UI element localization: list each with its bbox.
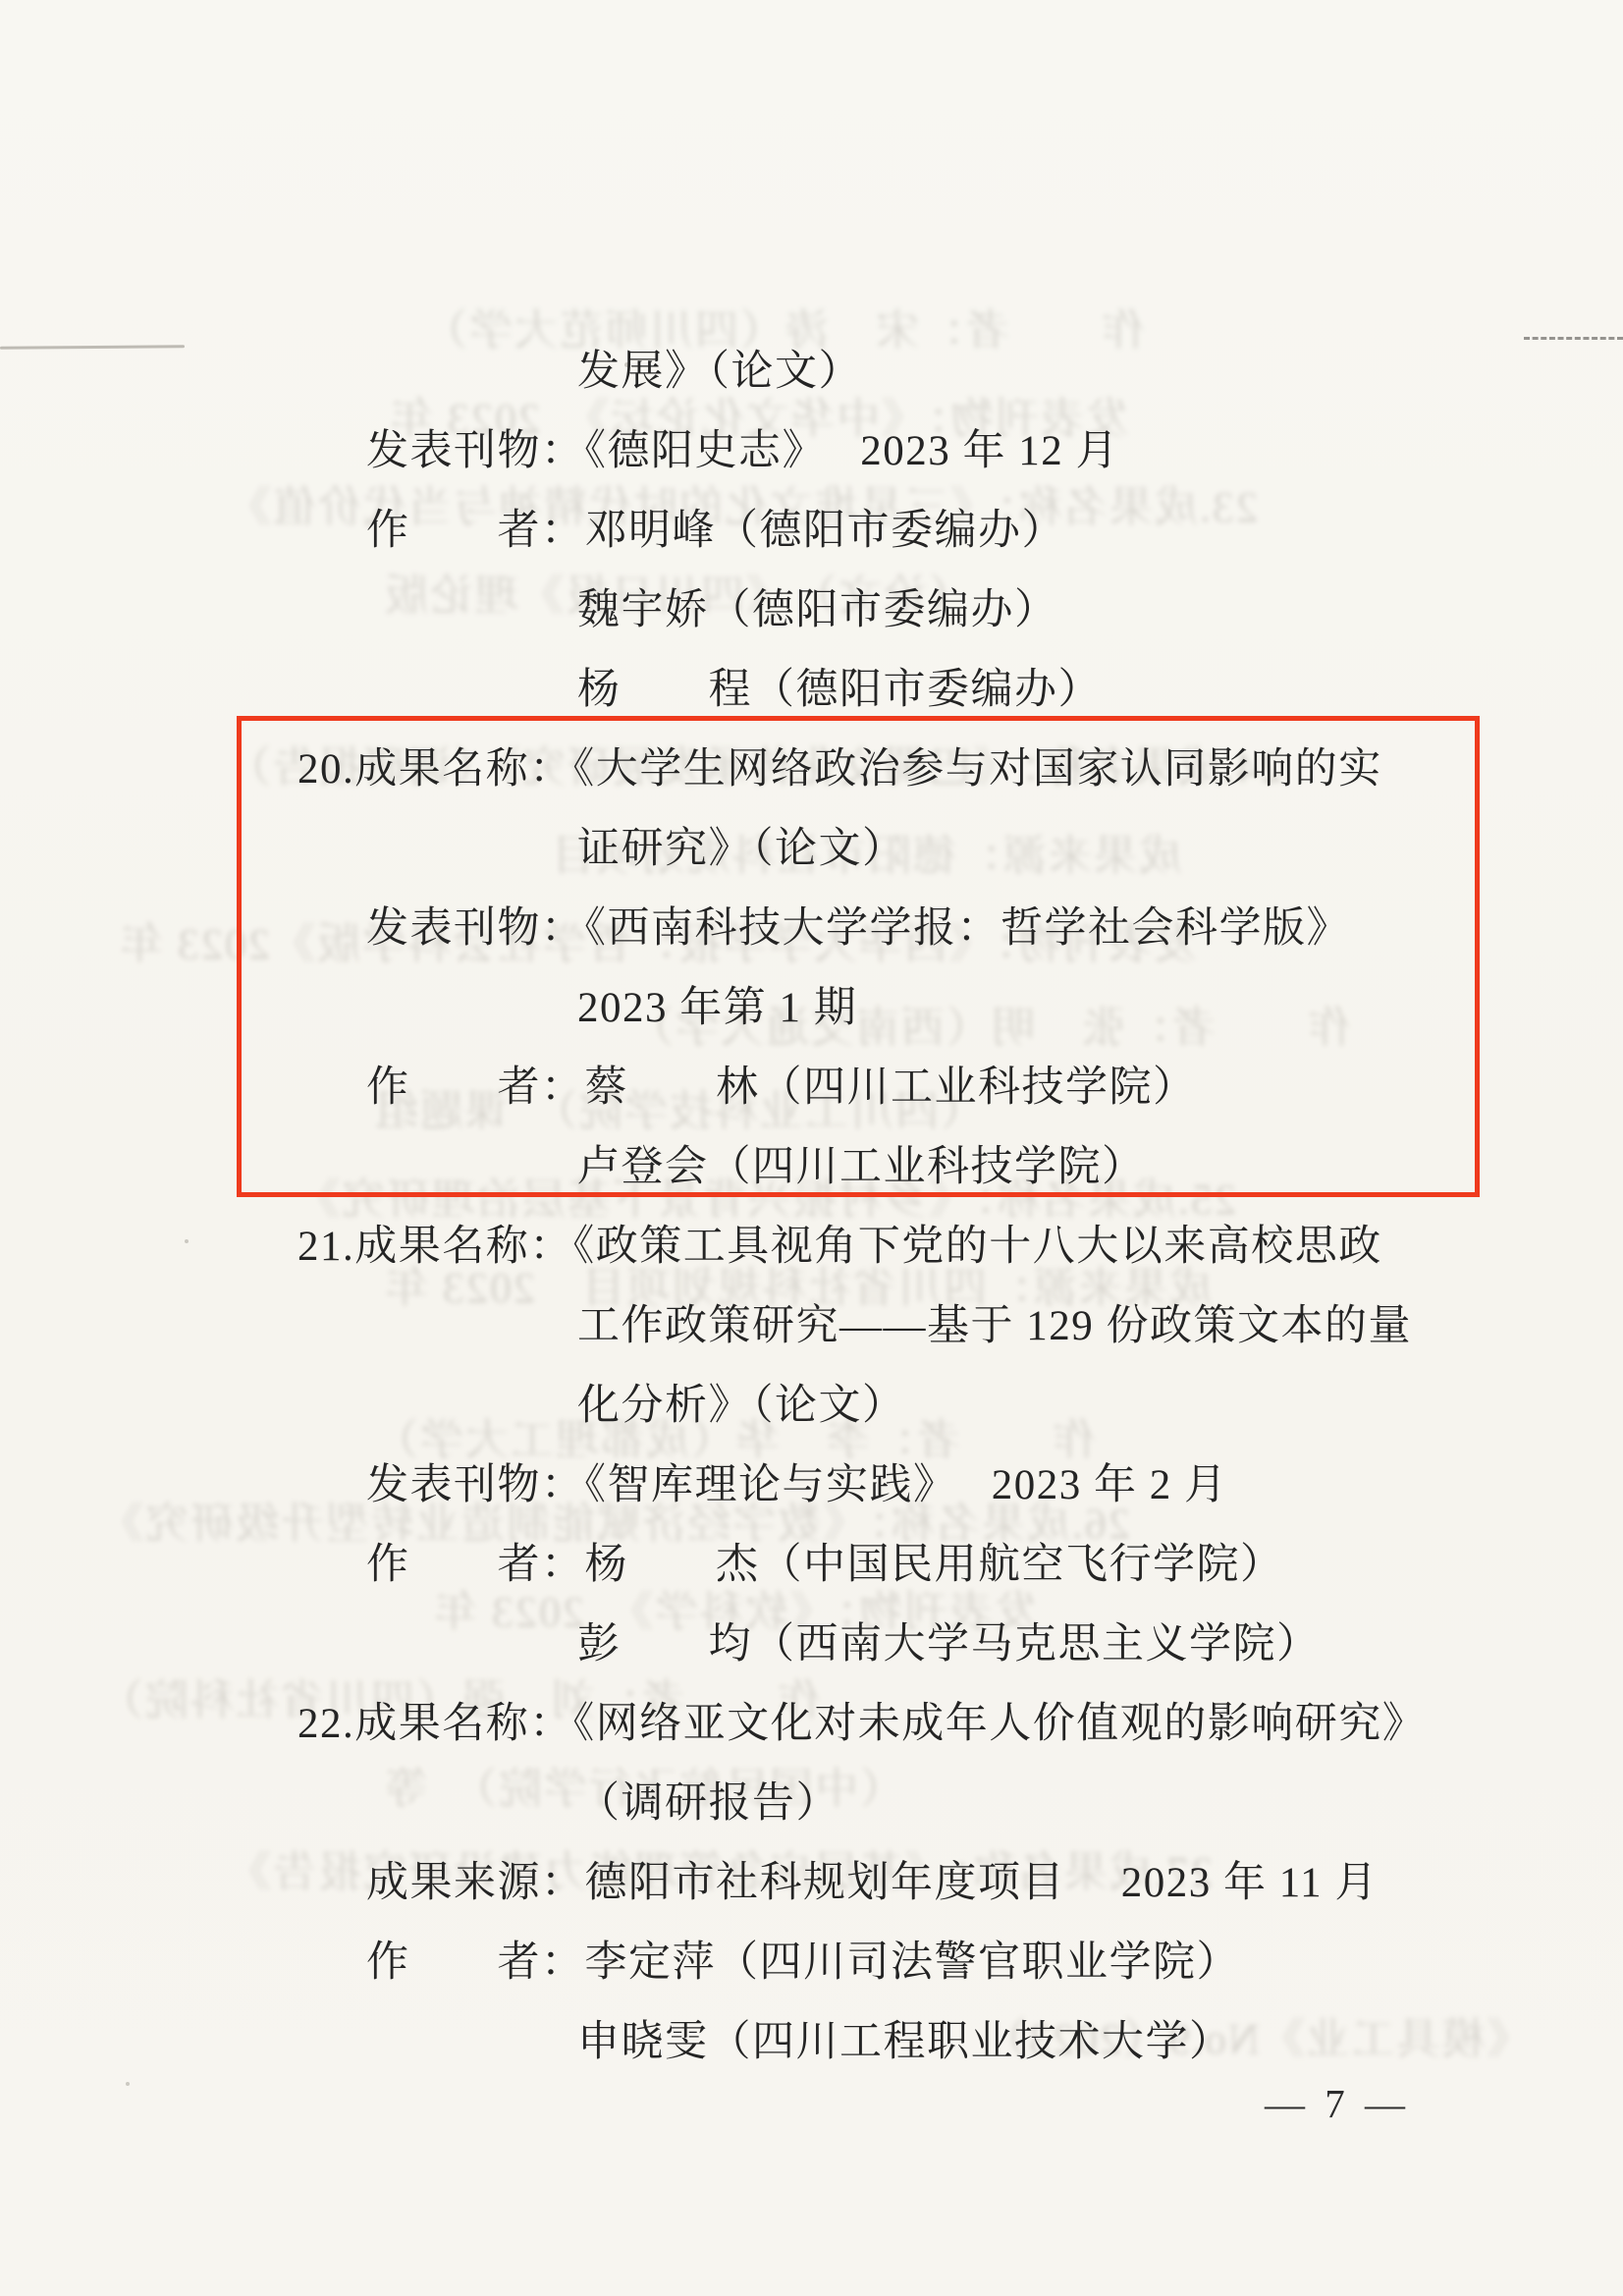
document-page: 作 者：宋 涛（四川师范大学） 发表刊物：《中华文化论坛》 2023 年 23.… xyxy=(0,0,1623,2296)
page-number: — 7 — xyxy=(1265,2074,1410,2133)
line-entry21-author-1: 作 者：杨 杰（中国民用航空飞行学院） xyxy=(0,1525,1623,1605)
line-entry20-author-2: 卢登会（四川工业科技学院） xyxy=(0,1127,1623,1207)
line-entry20-journal: 发表刊物：《西南科技大学学报：哲学社会科学版》 xyxy=(0,889,1623,968)
line-entry20-title-1: 20.成果名称：《大学生网络政治参与对国家认同影响的实 xyxy=(0,730,1623,809)
line-entry21-title-1: 21.成果名称：《政策工具视角下党的十八大以来高校思政 xyxy=(0,1207,1623,1286)
line-entry22-source: 成果来源：德阳市社科规划年度项目 2023 年 11 月 xyxy=(0,1843,1623,1923)
line-entry19-author-3: 杨 程（德阳市委编办） xyxy=(0,650,1623,730)
line-entry21-title-2: 工作政策研究——基于 129 份政策文本的量 xyxy=(0,1286,1623,1366)
line-entry22-title-2: （调研报告） xyxy=(0,1764,1623,1843)
line-entry22-author-1: 作 者：李定萍（四川司法警官职业学院） xyxy=(0,1923,1623,2002)
line-entry20-issue: 2023 年第 1 期 xyxy=(0,968,1623,1048)
line-entry21-journal: 发表刊物：《智库理论与实践》 2023 年 2 月 xyxy=(0,1446,1623,1525)
document-body: 发展》（论文） 发表刊物：《德阳史志》 2023 年 12 月 作 者：邓明峰（… xyxy=(0,332,1623,2082)
line-entry19-journal: 发表刊物：《德阳史志》 2023 年 12 月 xyxy=(0,411,1623,491)
line-entry19-author-2: 魏宇娇（德阳市委编办） xyxy=(0,571,1623,650)
line-entry20-author-1: 作 者：蔡 林（四川工业科技学院） xyxy=(0,1048,1623,1127)
line-entry22-author-2: 申晓雯（四川工程职业技术大学） xyxy=(0,2002,1623,2082)
line-entry19-title-cont: 发展》（论文） xyxy=(0,332,1623,411)
line-entry22-title-1: 22.成果名称：《网络亚文化对未成年人价值观的影响研究》 xyxy=(0,1684,1623,1764)
scan-speck xyxy=(126,2082,130,2086)
line-entry21-title-3: 化分析》（论文） xyxy=(0,1366,1623,1446)
line-entry21-author-2: 彭 均（西南大学马克思主义学院） xyxy=(0,1605,1623,1684)
line-entry20-title-2: 证研究》（论文） xyxy=(0,809,1623,889)
line-entry19-author-1: 作 者：邓明峰（德阳市委编办） xyxy=(0,491,1623,571)
